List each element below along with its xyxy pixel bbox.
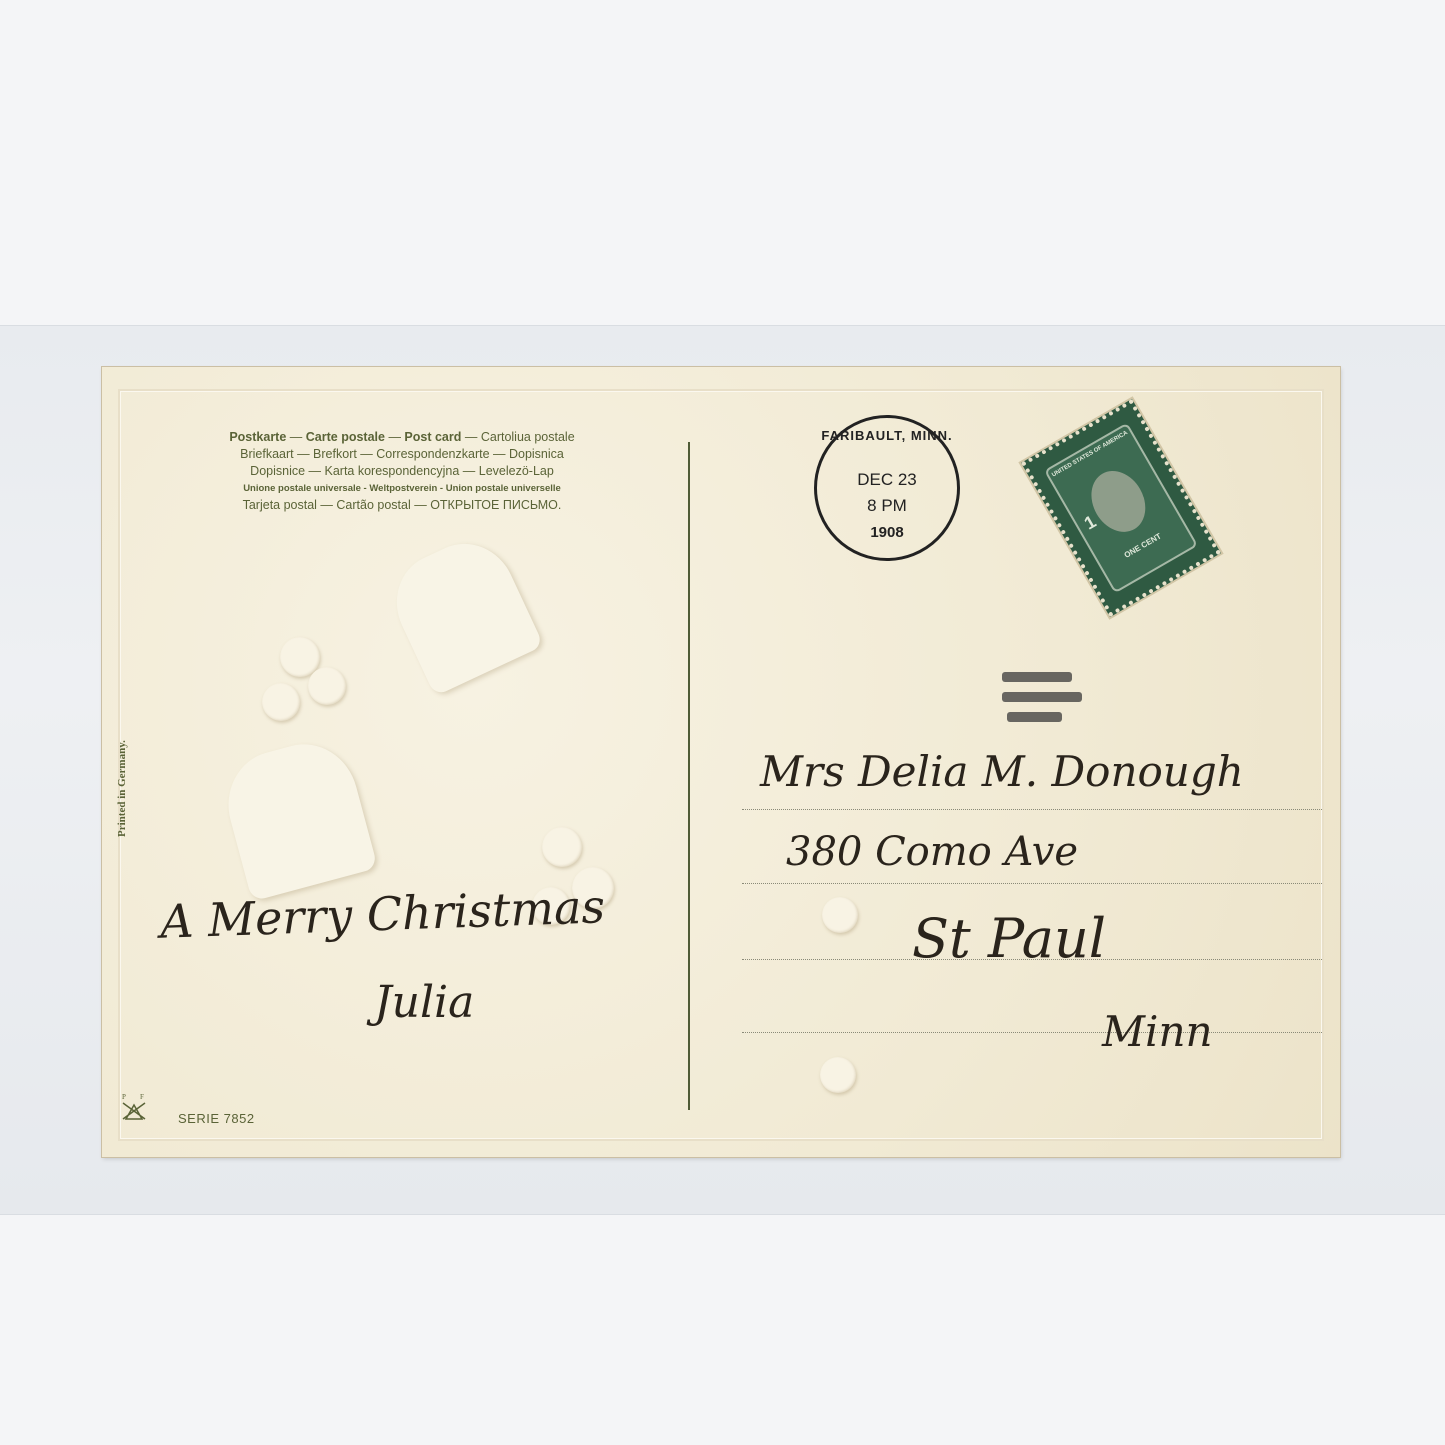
embossed-berry — [542, 827, 582, 867]
header-line-3: Dopisnice — Karta korespondencyjna — Lev… — [162, 463, 642, 480]
postmark: FARIBAULT, MINN. DEC 23 8 PM 1908 — [814, 415, 960, 561]
postmark-time: 8 PM — [817, 496, 957, 516]
header-line-1: Postkarte — Carte postale — Post card — … — [162, 429, 642, 446]
address-city: St Paul — [912, 907, 1106, 970]
embossed-berry — [262, 683, 300, 721]
embossed-berry — [820, 1057, 856, 1093]
sep: — — [286, 430, 305, 444]
header-cartoliua: Cartoliua postale — [481, 430, 575, 444]
svg-text:P: P — [122, 1093, 126, 1101]
postmark-year: 1908 — [817, 524, 957, 541]
header-postkarte: Postkarte — [229, 430, 286, 444]
cancellation-bar — [1002, 692, 1082, 702]
series-number: SERIE 7852 — [178, 1111, 255, 1126]
address-line — [742, 1032, 1322, 1033]
sep: — — [385, 430, 404, 444]
header-line-4: Unione postale universale - Weltpostvere… — [162, 480, 642, 497]
address-street: 380 Como Ave — [786, 829, 1078, 875]
address-name: Mrs Delia M. Donough — [760, 747, 1244, 796]
sep: — — [461, 430, 480, 444]
cancellation-bar — [1007, 712, 1062, 722]
svg-text:F: F — [140, 1093, 144, 1101]
header-post-card: Post card — [404, 430, 461, 444]
address-state: Minn — [1102, 1007, 1213, 1056]
address-line — [742, 883, 1322, 884]
postmark-date: DEC 23 — [817, 470, 957, 490]
postcard-header: Postkarte — Carte postale — Post card — … — [162, 429, 642, 514]
address-line — [742, 809, 1322, 810]
postmark-city: FARIBAULT, MINN. — [817, 428, 957, 443]
publisher-logo-icon: PF — [120, 1091, 148, 1121]
header-carte-postale: Carte postale — [306, 430, 385, 444]
message-signature: Julia — [374, 977, 474, 1028]
postcard: Postkarte — Carte postale — Post card — … — [102, 367, 1340, 1157]
embossed-berry — [822, 897, 858, 933]
center-divider — [688, 442, 690, 1110]
printed-in-germany: Printed in Germany. — [116, 740, 128, 837]
cancellation-bar — [1002, 672, 1072, 682]
embossed-berry — [308, 667, 346, 705]
header-line-2: Briefkaart — Brefkort — Correspondenzkar… — [162, 446, 642, 463]
header-line-5: Tarjeta postal — Cartão postal — ОТКРЫТО… — [162, 497, 642, 514]
